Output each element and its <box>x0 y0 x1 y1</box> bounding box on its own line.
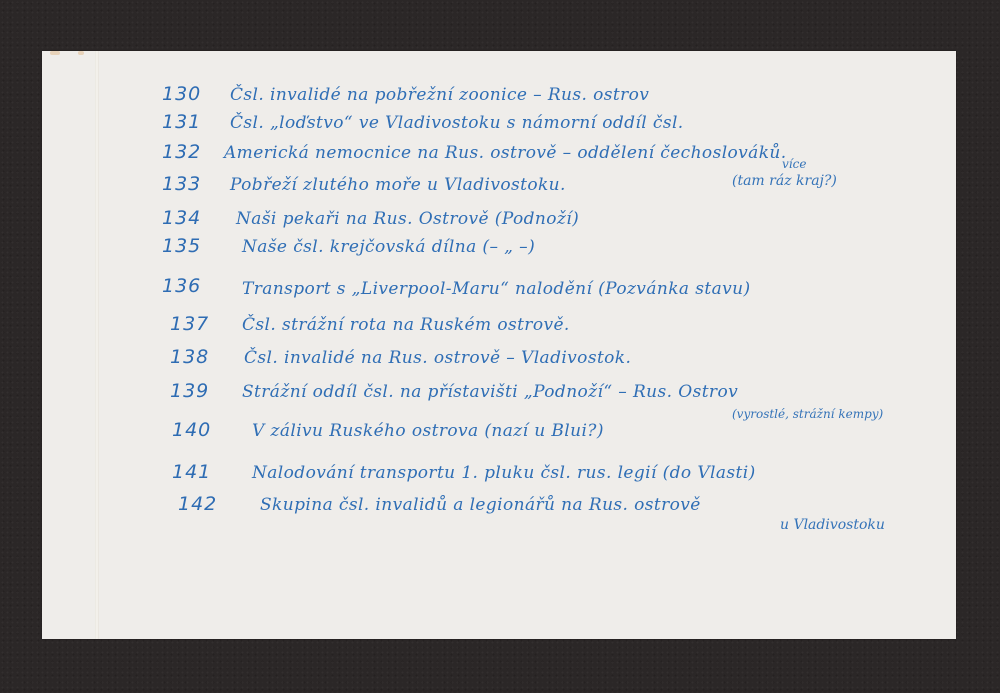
fold-line <box>95 51 99 639</box>
entry-text: Skupina čsl. invalidů a legionářů na Rus… <box>260 495 701 515</box>
entry-text: Strážní oddíl čsl. na přístavišti „Podno… <box>242 382 738 402</box>
entry-continuation: u Vladivostoku <box>780 517 885 533</box>
entry-number: 131 <box>162 111 201 133</box>
entry-number: 141 <box>172 461 211 483</box>
entry-number: 133 <box>162 173 201 195</box>
entry-text: Nalodování transportu 1. pluku čsl. rus.… <box>252 463 756 483</box>
entry-annotation: (tam ráz kraj?) <box>732 173 837 189</box>
index-card: 130 Čsl. invalidé na pobřežní zoonice – … <box>42 51 956 639</box>
entry-text: V zálivu Ruského ostrova (nazí u Blui?) <box>252 421 604 441</box>
entry-text: Čsl. invalidé na pobřežní zoonice – Rus.… <box>230 85 649 105</box>
entry-number: 135 <box>162 235 201 257</box>
entry-text: Čsl. „loďstvo“ ve Vladivostoku s námorní… <box>230 113 684 133</box>
entry-number: 137 <box>170 313 209 335</box>
entry-annotation-above: více <box>782 157 806 171</box>
entry-text: Naši pekaři na Rus. Ostrově (Podnoží) <box>236 209 579 229</box>
entry-number: 142 <box>178 493 217 515</box>
entry-text: Čsl. strážní rota na Ruském ostrově. <box>242 315 570 335</box>
entry-number: 136 <box>162 275 201 297</box>
entry-text: Americká nemocnice na Rus. ostrově – odd… <box>224 143 787 163</box>
paper-stain <box>50 51 60 55</box>
entry-number: 140 <box>172 419 211 441</box>
entry-number: 138 <box>170 346 209 368</box>
entry-number: 132 <box>162 141 201 163</box>
paper-stain <box>78 51 84 55</box>
entry-number: 134 <box>162 207 201 229</box>
entry-annotation-above: (vyrostlé, strážní kempy) <box>732 407 883 421</box>
entry-text: Pobřeží zlutého moře u Vladivostoku. <box>230 175 566 195</box>
entry-text: Transport s „Liverpool-Maru“ nalodění (P… <box>242 279 751 299</box>
entry-number: 139 <box>170 380 209 402</box>
entry-text: Čsl. invalidé na Rus. ostrově – Vladivos… <box>244 348 631 368</box>
entry-text: Naše čsl. krejčovská dílna (– „ –) <box>242 237 535 257</box>
entry-number: 130 <box>162 83 201 105</box>
